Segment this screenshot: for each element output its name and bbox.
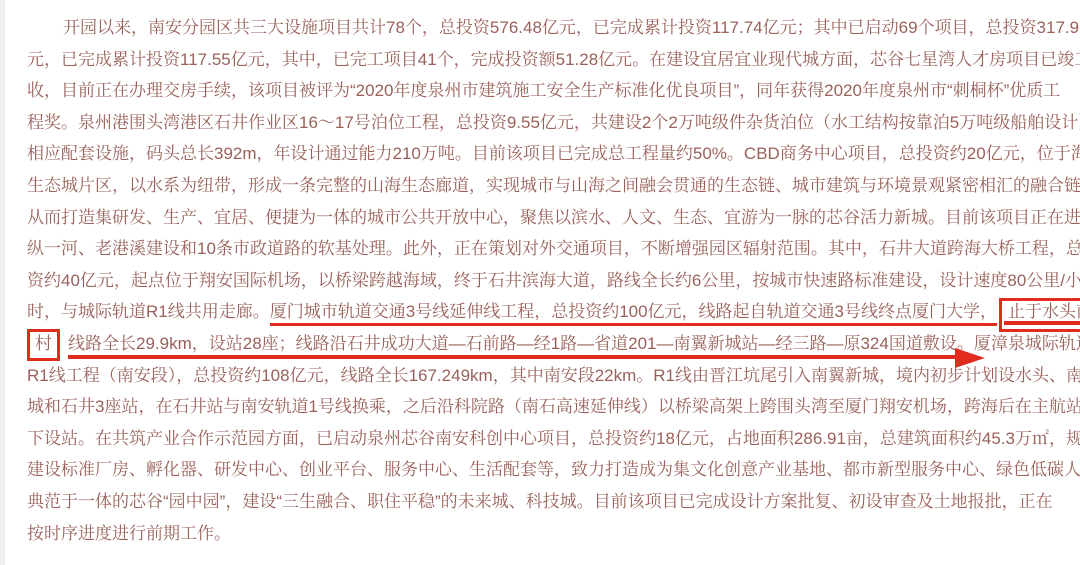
text-segment: 收，目前正在办理交房手续，该项目被评为“2020年度泉州市建筑施工安全生产标准化…: [27, 81, 1060, 100]
text-segment: 从而打造集研发、生产、宜居、便捷为一体的城市公共开放中心，聚焦以滨水、人文、生态…: [27, 208, 1080, 227]
red-underline-with-arrow: 线路全长29.9km，设站28座；线路沿石井成功大道—石前路—经1路—省道201…: [68, 334, 957, 359]
text-line: 开园以来，南安分园区共三大设施项目共计78个，总投资576.48亿元，已完成累计…: [0, 12, 1080, 44]
text-line: 下设站。在共筑产业合作示范园方面，已启动泉州芯谷南安科创中心项目，总投资约18亿…: [0, 423, 1080, 455]
text-line: 元，已完成累计投资117.55亿元，其中，已完工项目41个，完成投资额51.28…: [0, 44, 1080, 76]
text-line: 城和石井3座站，在石井站与南安轨道1号线换乘，之后沿科院路（南石高速延伸线）以桥…: [0, 391, 1080, 423]
text-segment: 元，已完成累计投资117.55亿元，其中，已完工项目41个，完成投资额51.28…: [27, 50, 1080, 69]
text-segment: 生态城片区，以水系为纽带，形成一条完整的山海生态廊道，实现城市与山海之间融会贯通…: [27, 176, 1080, 195]
text-segment: R1线工程（南安段），总投资约108亿元，线路全长167.249km，其中南安段…: [27, 366, 1080, 385]
text-line: 典范于一体的芯谷“园中园”，建设“三生融合、职住平稳”的未来城、科技城。目前该项…: [0, 486, 1080, 518]
text-segment: 资约40亿元，起点位于翔安国际机场，以桥梁跨越海域，终于石井滨海大道，路线全长约…: [27, 271, 1080, 290]
text-segment: 程奖。泉州港围头湾港区石井作业区16～17号泊位工程，总投资9.55亿元，共建设…: [27, 113, 1080, 132]
text-line-annotated: 村线路全长29.9km，设站28座；线路沿石井成功大道—石前路—经1路—省道20…: [0, 328, 1080, 360]
text-line: 收，目前正在办理交房手续，该项目被评为“2020年度泉州市建筑施工安全生产标准化…: [0, 75, 1080, 107]
text-segment: 纵一河、老港溪建设和10条市政道路的软基处理。此外，正在策划对外交通项目，不断增…: [27, 239, 1080, 258]
text-line-annotated: 时，与城际轨道R1线共用走廊。厦门城市轨道交通3号线延伸线工程，总投资约100亿…: [0, 296, 1080, 328]
text-line: 资约40亿元，起点位于翔安国际机场，以桥梁跨越海域，终于石井滨海大道，路线全长约…: [0, 265, 1080, 297]
text-segment: 时，与城际轨道R1线共用走廊。: [27, 302, 270, 321]
text-segment: 下设站。在共筑产业合作示范园方面，已启动泉州芯谷南安科创中心项目，总投资约18亿…: [27, 429, 1080, 448]
text-line: 纵一河、老港溪建设和10条市政道路的软基处理。此外，正在策划对外交通项目，不断增…: [0, 233, 1080, 265]
text-segment: 建设标准厂房、孵化器、研发中心、创业平台、服务中心、生活配套等，致力打造成为集文…: [27, 460, 1080, 479]
article-text: 开园以来，南安分园区共三大设施项目共计78个，总投资576.48亿元，已完成累计…: [0, 12, 1080, 549]
text-line: 相应配套设施，码头总长392m，年设计通过能力210万吨。目前该项目已完成总工程…: [0, 138, 1080, 170]
text-segment: 按时序进度进行前期工作。: [27, 524, 231, 543]
text-line: 程奖。泉州港围头湾港区石井作业区16～17号泊位工程，总投资9.55亿元，共建设…: [0, 107, 1080, 139]
text-line: 从而打造集研发、生产、宜居、便捷为一体的城市公共开放中心，聚焦以滨水、人文、生态…: [0, 202, 1080, 234]
text-line: 生态城片区，以水系为纽带，形成一条完整的山海生态廊道，实现城市与山海之间融会贯通…: [0, 170, 1080, 202]
text-segment: 开园以来，南安分园区共三大设施项目共计78个，总投资576.48亿元，已完成累计…: [63, 18, 1080, 37]
document-page: 开园以来，南安分园区共三大设施项目共计78个，总投资576.48亿元，已完成累计…: [0, 0, 1080, 565]
text-segment: 典范于一体的芯谷“园中园”，建设“三生融合、职住平稳”的未来城、科技城。目前该项…: [27, 492, 1053, 511]
text-line: R1线工程（南安段），总投资约108亿元，线路全长167.249km，其中南安段…: [0, 360, 1080, 392]
red-box-margin-char: 村: [27, 329, 60, 361]
red-underlined-text: 厦门城市轨道交通3号线延伸线工程，总投资约100亿元，线路起自轨道交通3号线终点…: [270, 302, 997, 326]
text-line: 建设标准厂房、孵化器、研发中心、创业平台、服务中心、生活配套等，致力打造成为集文…: [0, 454, 1080, 486]
text-line: 按时序进度进行前期工作。: [0, 518, 1080, 550]
text-segment: 城和石井3座站，在石井站与南安轨道1号线换乘，之后沿科院路（南石高速延伸线）以桥…: [27, 397, 1080, 416]
red-box-with-arrow: 止于水头南桥: [999, 298, 1080, 332]
text-segment: 相应配套设施，码头总长392m，年设计通过能力210万吨。目前该项目已完成总工程…: [27, 144, 1080, 163]
